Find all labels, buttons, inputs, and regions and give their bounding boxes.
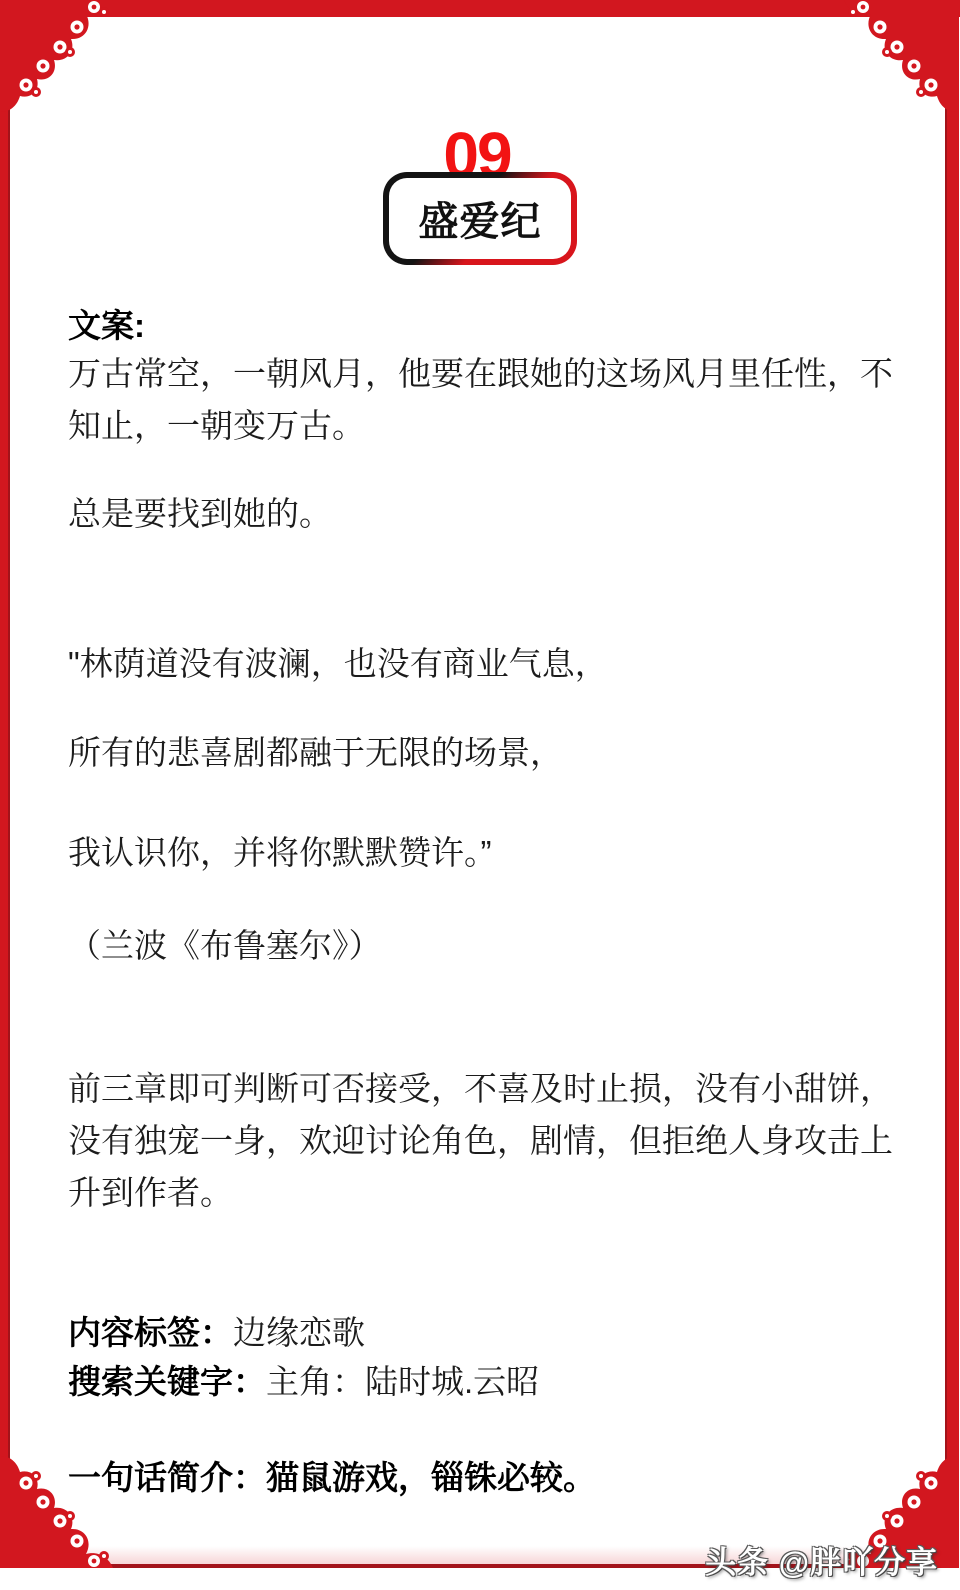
watermark: 头条 @胖吖分享 — [705, 1537, 938, 1582]
title-box: 盛爱纪 — [383, 172, 577, 265]
paragraph-quote-line-2: 所有的悲喜剧都融于无限的场景， — [68, 727, 900, 779]
corner-ornament-top-left — [0, 0, 115, 115]
paragraph-summary: 万古常空，一朝风月，他要在跟她的这场风月里任性，不知止，一朝变万古。 — [68, 348, 900, 452]
copy-label: 文案: — [68, 300, 900, 352]
one-line-intro: 一句话简介：猫鼠游戏，锱铢必较。 — [68, 1452, 900, 1504]
keywords-value: 主角：陆时城.云昭 — [266, 1363, 539, 1400]
frame-top-band — [0, 0, 960, 17]
book-card-page: 09 盛爱纪 文案: 万古常空，一朝风月，他要在跟她的这场风月里任性，不知止，一… — [0, 0, 960, 1590]
frame-left-band — [0, 0, 10, 1568]
paragraph-author-note: 前三章即可判断可否接受，不喜及时止损，没有小甜饼，没有独宠一身，欢迎讨论角色，剧… — [68, 1063, 900, 1219]
one-line-label: 一句话简介： — [68, 1459, 266, 1496]
paragraph-find-her: 总是要找到她的。 — [68, 488, 900, 540]
tags-label: 内容标签： — [68, 1314, 233, 1351]
tags-line: 内容标签：边缘恋歌 — [68, 1307, 900, 1359]
cloud-ornament-icon — [0, 0, 115, 115]
tags-value: 边缘恋歌 — [233, 1314, 365, 1351]
keywords-label: 搜索关键字： — [68, 1363, 266, 1400]
corner-ornament-top-right — [842, 0, 957, 115]
frame-right-band — [945, 0, 959, 1568]
keywords-line: 搜索关键字：主角：陆时城.云昭 — [68, 1356, 900, 1408]
paragraph-quote-line-3: 我认识你，并将你默默赞许。” — [68, 827, 900, 879]
paragraph-quote-line-1: "林荫道没有波澜，也没有商业气息， — [68, 638, 900, 690]
cloud-ornament-icon — [842, 0, 957, 115]
one-line-value: 猫鼠游戏，锱铢必较。 — [266, 1459, 596, 1496]
paragraph-quote-source: （兰波《布鲁塞尔》） — [68, 920, 900, 972]
book-title: 盛爱纪 — [419, 190, 542, 247]
